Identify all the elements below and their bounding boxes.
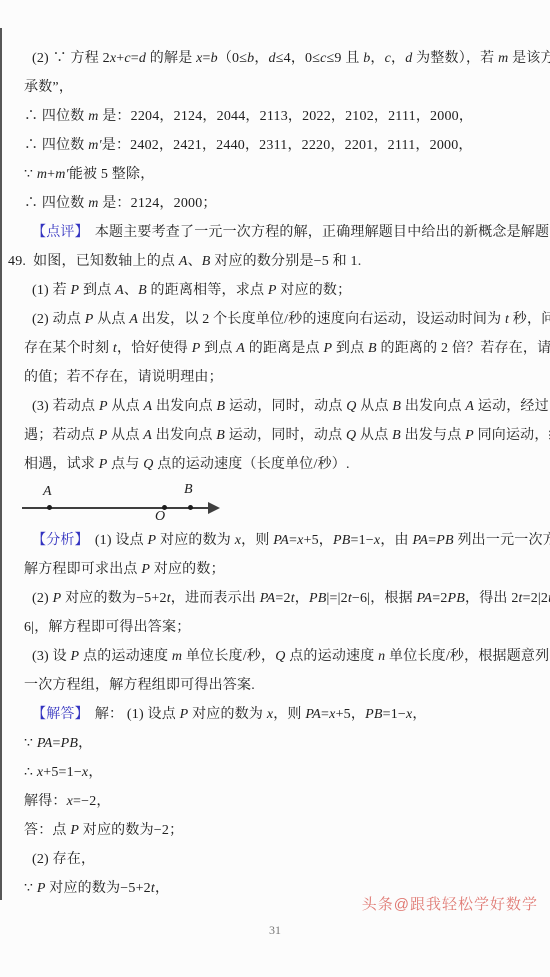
right-arrow-icon bbox=[208, 502, 220, 514]
text-line: ∴ 四位数 m 是：2124，2000； bbox=[24, 196, 217, 211]
text-line: ∴ 四位数 m 是：2204，2124，2044，2113，2022，2102，… bbox=[24, 109, 473, 124]
document-page: (2) ∵ 方程 2x+c=d 的解是 x=b（0≤b，d≤4，0≤c≤9 且 … bbox=[0, 0, 550, 977]
solution-line: (2) 存在， bbox=[24, 845, 536, 874]
comment-text: 本题主要考查了一元一次方程的解，正确理解题目中给出的新概念是解题的关键. bbox=[95, 225, 550, 240]
analysis-section: 【分析】(1) 设点 P 对应的数为 x，则 PA=x+5，PB=1−x，由 P… bbox=[24, 526, 536, 555]
page-number: 31 bbox=[0, 923, 550, 938]
problem48-line: ∴ 四位数 m′是：2402，2421，2440，2311，2220，2201，… bbox=[24, 131, 536, 160]
solution-line: 解得：x=−2， bbox=[24, 787, 536, 816]
text-line: 相遇，试求 P 点与 Q 点的运动速度（长度单位/秒）. bbox=[24, 457, 350, 472]
solution-line: 答：点 P 对应的数为−2； bbox=[24, 816, 536, 845]
text-line: (2) 动点 P 从点 A 出发，以 2 个长度单位/秒的速度向右运动，设运动时… bbox=[32, 312, 550, 327]
solution-text: 解： (1) 设点 P 对应的数为 x，则 PA=x+5，PB=1−x， bbox=[95, 707, 427, 722]
analysis-line: 一次方程组，解方程组即可得出答案. bbox=[24, 671, 536, 700]
text-line: 一次方程组，解方程组即可得出答案. bbox=[24, 678, 255, 693]
text-line: 解方程即可求出点 P 对应的数； bbox=[24, 562, 225, 577]
origin-label: O bbox=[155, 510, 165, 524]
problem49-line: (1) 若 P 到点 A、B 的距离相等，求点 P 对应的数； bbox=[24, 276, 536, 305]
text-line: ∵ PA=PB， bbox=[24, 736, 92, 751]
document-content: (2) ∵ 方程 2x+c=d 的解是 x=b（0≤b，d≤4，0≤c≤9 且 … bbox=[0, 44, 550, 903]
point-a-dot bbox=[47, 505, 52, 510]
problem48-line: ∴ 四位数 m 是：2204，2124，2044，2113，2022，2102，… bbox=[24, 102, 536, 131]
watermark: 头条@跟我轻松学好数学 bbox=[362, 893, 538, 914]
comment-label: 【点评】 bbox=[32, 225, 89, 240]
text-line: ∴ 四位数 m′是：2402，2421，2440，2311，2220，2201，… bbox=[24, 138, 473, 153]
point-b-dot bbox=[188, 505, 193, 510]
problem48-line: ∴ 四位数 m 是：2124，2000； bbox=[24, 189, 536, 218]
analysis-line: (3) 设 P 点的运动速度 m 单位长度/秒，Q 点的运动速度 n 单位长度/… bbox=[24, 642, 536, 671]
solution-section: 【解答】解： (1) 设点 P 对应的数为 x，则 PA=x+5，PB=1−x， bbox=[24, 700, 536, 729]
problem49-line: 相遇，试求 P 点与 Q 点的运动速度（长度单位/秒）. bbox=[24, 450, 536, 479]
text-line: ∴ x+5=1−x， bbox=[24, 765, 103, 780]
problem48-line: (2) ∵ 方程 2x+c=d 的解是 x=b（0≤b，d≤4，0≤c≤9 且 … bbox=[24, 44, 536, 73]
problem49-title: 49.如图，已知数轴上的点 A、B 对应的数分别是−5 和 1. bbox=[8, 247, 536, 276]
problem48-line: 承数”， bbox=[24, 73, 536, 102]
number-line-figure: A O B bbox=[24, 479, 536, 526]
comment-section: 【点评】本题主要考查了一元一次方程的解，正确理解题目中给出的新概念是解题的关键. bbox=[24, 218, 536, 247]
text-line: (2) ∵ 方程 2x+c=d 的解是 x=b（0≤b，d≤4，0≤c≤9 且 … bbox=[32, 51, 550, 66]
problem49-line: (2) 动点 P 从点 A 出发，以 2 个长度单位/秒的速度向右运动，设运动时… bbox=[24, 305, 536, 334]
text-line: ∵ m+m′能被 5 整除， bbox=[24, 167, 154, 182]
problem49-line: 的值；若不存在，请说明理由； bbox=[24, 363, 536, 392]
analysis-line: 6|，解方程即可得出答案； bbox=[24, 613, 536, 642]
text-line: (1) 若 P 到点 A、B 的距离相等，求点 P 对应的数； bbox=[32, 283, 351, 298]
point-a-label: A bbox=[43, 485, 52, 499]
text-line: (2) 存在， bbox=[32, 852, 95, 867]
problem49-line: (3) 若动点 P 从点 A 出发向点 B 运动，同时，动点 Q 从点 B 出发… bbox=[24, 392, 536, 421]
analysis-line: 解方程即可求出点 P 对应的数； bbox=[24, 555, 536, 584]
text-line: 6|，解方程即可得出答案； bbox=[24, 620, 190, 635]
solution-line: ∵ PA=PB， bbox=[24, 729, 536, 758]
text-line: (3) 设 P 点的运动速度 m 单位长度/秒，Q 点的运动速度 n 单位长度/… bbox=[32, 649, 550, 664]
problem48-line: ∵ m+m′能被 5 整除， bbox=[24, 160, 536, 189]
solution-line: ∴ x+5=1−x， bbox=[24, 758, 536, 787]
text-line: 的值；若不存在，请说明理由； bbox=[24, 370, 223, 385]
analysis-label: 【分析】 bbox=[32, 533, 89, 548]
text-line: 承数”， bbox=[24, 80, 73, 95]
text-line: 解得：x=−2， bbox=[24, 794, 111, 809]
text-line: 遇；若动点 P 从点 A 出发向点 B 运动，同时，动点 Q 从点 B 出发与点… bbox=[24, 428, 550, 443]
analysis-line: (2) P 对应的数为−5+2t，进而表示出 PA=2t，PB|=|2t−6|，… bbox=[24, 584, 536, 613]
text-line: 答：点 P 对应的数为−2； bbox=[24, 823, 183, 838]
text-line: (3) 若动点 P 从点 A 出发向点 B 运动，同时，动点 Q 从点 B 出发… bbox=[32, 399, 550, 414]
problem49-line: 存在某个时刻 t，恰好使得 P 到点 A 的距离是点 P 到点 B 的距离的 2… bbox=[24, 334, 536, 363]
analysis-text: (1) 设点 P 对应的数为 x，则 PA=x+5，PB=1−x，由 PA=PB… bbox=[95, 533, 550, 548]
problem49-line: 遇；若动点 P 从点 A 出发向点 B 运动，同时，动点 Q 从点 B 出发与点… bbox=[24, 421, 536, 450]
text-line: ∵ P 对应的数为−5+2t， bbox=[24, 881, 169, 896]
text-line: 存在某个时刻 t，恰好使得 P 到点 A 的距离是点 P 到点 B 的距离的 2… bbox=[24, 341, 550, 356]
problem-intro: 如图，已知数轴上的点 A、B 对应的数分别是−5 和 1. bbox=[33, 254, 361, 269]
point-b-label: B bbox=[184, 483, 193, 497]
text-line: (2) P 对应的数为−5+2t，进而表示出 PA=2t，PB|=|2t−6|，… bbox=[32, 591, 550, 606]
solution-label: 【解答】 bbox=[32, 707, 89, 722]
problem-number: 49. bbox=[8, 254, 26, 269]
